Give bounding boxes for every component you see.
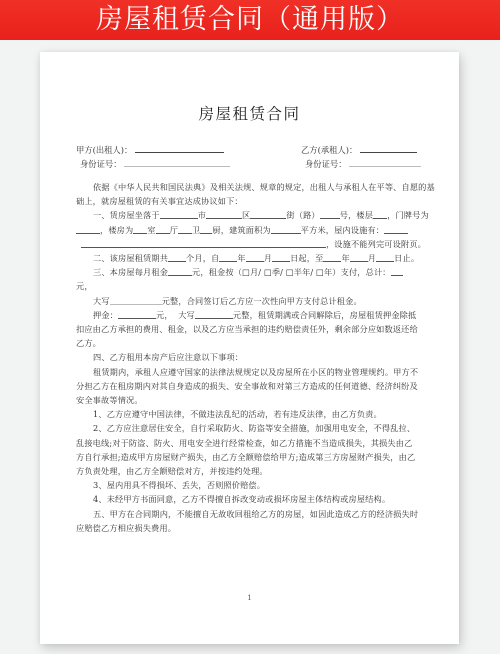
clause-1-text: 号，楼层 xyxy=(340,210,373,220)
start-month-field[interactable] xyxy=(246,253,264,262)
rooms-field[interactable] xyxy=(133,225,147,234)
clause-3-text: 元整，合同签订后乙方应一次性向甲方支付总计租金。 xyxy=(162,296,362,306)
deposit-text: 大写 xyxy=(178,310,195,320)
party-a-id-field[interactable] xyxy=(124,159,230,167)
clause-4-item-4: 4、未经甲方书面同意，乙方不得擅自拆改变动或损坏房屋主体结构或房屋结构。 xyxy=(76,492,426,506)
door-number-field[interactable] xyxy=(76,225,100,234)
page-number: 1 xyxy=(40,594,459,602)
clause-4-item-3: 3、屋内用具不得损坏、丢失，否则照价赔偿。 xyxy=(76,478,426,492)
clause-2-text: 月 xyxy=(264,253,272,263)
clause-4-heading: 四、乙方租用本房产后应注意以下事项： xyxy=(76,350,426,364)
clause-1-text: ，楼房为 xyxy=(100,225,133,235)
clause-3-line-1: 三、本房屋每月租金元，租金按（□月/ □季/ □半年/ □年）支付，总计： xyxy=(76,265,426,279)
clause-4-item-2-line-2: 乱接电线;对于防盗、防火、用电安全进行经常检查，如乙方措施不当造成损失，其损失由… xyxy=(76,436,426,450)
clause-1-text: 区 xyxy=(242,210,250,220)
document-title: 房屋租赁合同 xyxy=(40,102,459,124)
clause-4-p1-line-2: 分担乙方在租房期内对其自身造成的损失、安全事故和对第三方造成的任何道德、经济纠纷… xyxy=(76,379,426,393)
district-field[interactable] xyxy=(206,210,242,219)
start-year-field[interactable] xyxy=(219,253,237,262)
clause-3-text: 元，租金按（□月/ □季/ □半年/ □年）支付，总计： xyxy=(192,267,391,277)
facilities-field-continued[interactable] xyxy=(81,239,326,248)
kitchens-field[interactable] xyxy=(200,225,212,234)
floor-field[interactable] xyxy=(373,210,387,219)
clause-1-line-3: ，设施不能列完可设附页。 xyxy=(76,237,426,251)
party-a-id-row: 身份证号： xyxy=(80,158,230,170)
party-b-row: 乙方(承租人)： xyxy=(301,144,417,156)
total-rent-words-field[interactable] xyxy=(110,296,162,305)
clause-2-text: 年 xyxy=(341,253,349,263)
deposit-line-3: 乙方。 xyxy=(76,336,426,350)
clause-4-p1-line-3: 安全事故等情况。 xyxy=(76,393,426,407)
clause-3-line-3: 大写元整，合同签订后乙方应一次性向甲方支付总计租金。 xyxy=(76,294,426,308)
clause-2-text: 日止。 xyxy=(394,253,419,263)
bathrooms-field[interactable] xyxy=(178,225,192,234)
clause-4-item-2-line-1: 2、乙方应注意居住安全，自行采取防火、防盗等安全措施，加强用电安全，不得乱拉、 xyxy=(76,421,426,435)
street-field[interactable] xyxy=(250,210,286,219)
deposit-text: 元整，租赁期满或合同解除后，房屋租赁押金除抵 xyxy=(233,310,416,320)
document-page: 房屋租赁合同 甲方(出租人)： 乙方(承租人)： 身份证号： 身份证号： 依据《… xyxy=(40,52,459,644)
banner-title: 房屋租赁合同（通用版） xyxy=(96,0,404,40)
deposit-amount-field[interactable] xyxy=(118,310,156,319)
clause-3-text: 三、本房屋每月租金 xyxy=(93,267,168,277)
clause-1-line-1: 一、赁房屋坐落于市区街（路）号，楼层，门牌号为 xyxy=(76,208,426,222)
deposit-line-2: 扣应由乙方承担的费用、租金，以及乙方应当承担的违约赔偿责任外，剩余部分应如数返还… xyxy=(76,322,426,336)
clause-2-line: 二、该房屋租赁期共个月，自年月日起，至年月日止。 xyxy=(76,251,426,265)
clause-1-text: ，门牌号为 xyxy=(387,210,429,220)
party-b-id-field[interactable] xyxy=(349,159,421,167)
clause-1-text: 平方米，屋内设施有： xyxy=(301,225,384,235)
deposit-words-field[interactable] xyxy=(195,310,233,319)
clause-2-text: 年 xyxy=(237,253,245,263)
clause-5-line-1: 五、甲方在合同期内，不能擅自无故收回租给乙方的房屋，如因此造成乙方的经济损失时 xyxy=(76,507,426,521)
clause-1-text: 厨，建筑面积为 xyxy=(212,225,270,235)
party-b-id-row: 身份证号： xyxy=(305,158,421,170)
clause-3-text: 大写 xyxy=(93,296,110,306)
clause-4-item-1: 1、乙方应遵守中国法律，不做违法乱纪的活动，若有违反法律，由乙方负责。 xyxy=(76,407,426,421)
city-field[interactable] xyxy=(160,210,198,219)
clause-2-text: 日起，至 xyxy=(290,253,323,263)
end-year-field[interactable] xyxy=(323,253,341,262)
party-a-row: 甲方(出租人)： xyxy=(76,144,224,156)
clause-1-text: ，设施不能列完可设附页。 xyxy=(326,239,426,249)
end-day-field[interactable] xyxy=(376,253,394,262)
monthly-rent-field[interactable] xyxy=(168,267,192,276)
party-a-id-label: 身份证号： xyxy=(80,159,122,169)
total-rent-field[interactable] xyxy=(391,267,403,276)
halls-field[interactable] xyxy=(156,225,170,234)
clause-4-item-2-line-3: 方自行承担;造成甲方房屋财产损失，由乙方全额赔偿给甲方;造成第三方房屋财产损失，… xyxy=(76,450,426,464)
clause-1-text: 室 xyxy=(147,225,155,235)
party-a-name-field[interactable] xyxy=(135,145,224,153)
area-field[interactable] xyxy=(271,225,301,234)
facilities-field[interactable] xyxy=(384,225,408,234)
clause-1-text: 街（路） xyxy=(286,210,319,220)
party-b-id-label: 身份证号： xyxy=(305,159,347,169)
party-a-label: 甲方(出租人)： xyxy=(76,145,132,155)
clause-1-text: 卫 xyxy=(192,225,200,235)
end-month-field[interactable] xyxy=(350,253,368,262)
clause-2-text: 月 xyxy=(368,253,376,263)
deposit-text: 元， xyxy=(156,310,173,320)
contract-body: 依据《中华人民共和国民法典》及相关法规、规章的规定，出租人与承租人在平等、自愿的… xyxy=(76,180,426,535)
lease-months-field[interactable] xyxy=(168,253,186,262)
intro-line-2: 础上，就房屋租赁的有关事宜达成协议如下： xyxy=(76,194,426,208)
clause-1-line-2: ，楼房为室厅卫厨，建筑面积为平方米，屋内设施有： xyxy=(76,223,426,237)
clause-4-item-2-line-4: 方负责处理，由乙方全额赔偿对方，并按违约处理。 xyxy=(76,464,426,478)
deposit-text: 押金： xyxy=(93,310,118,320)
clause-2-text: 二、该房屋租赁期共 xyxy=(93,253,168,263)
title-banner: 房屋租赁合同（通用版） xyxy=(0,0,500,40)
clause-1-text: 一、赁房屋坐落于 xyxy=(93,210,160,220)
clause-5-line-2: 应赔偿乙方相应损失费用。 xyxy=(76,521,426,535)
start-day-field[interactable] xyxy=(272,253,290,262)
party-b-label: 乙方(承租人)： xyxy=(301,145,357,155)
clause-2-text: 个月，自 xyxy=(186,253,219,263)
party-b-name-field[interactable] xyxy=(360,145,417,153)
intro-line-1: 依据《中华人民共和国民法典》及相关法规、规章的规定，出租人与承租人在平等、自愿的… xyxy=(76,180,426,194)
clause-4-p1-line-1: 租赁期内，承租人应遵守国家的法律法规规定以及房屋所在小区的物业管理规约。甲方不 xyxy=(76,365,426,379)
number-field[interactable] xyxy=(320,210,340,219)
clause-1-text: 市 xyxy=(198,210,206,220)
deposit-line-1: 押金：元， 大写元整，租赁期满或合同解除后，房屋租赁押金除抵 xyxy=(76,308,426,322)
clause-3-line-2: 元， xyxy=(76,279,426,293)
clause-1-text: 厅 xyxy=(170,225,178,235)
